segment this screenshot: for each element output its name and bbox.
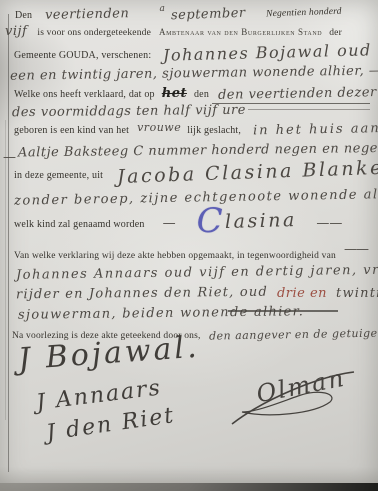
left-margin-line <box>8 14 9 472</box>
witness-intro-line: Van welke verklaring wij deze akte hebbe… <box>14 245 368 263</box>
declarant-details-line: een en twintig jaren, sjouwerman wonende… <box>10 64 378 82</box>
fill-rule-3 <box>228 310 338 312</box>
mother-line: in deze gemeente, uit Jacoba Clasina Bla… <box>14 161 378 183</box>
hw-address: Aaltje Baksteeg C nummer honderd negen e… <box>18 141 378 161</box>
birth-certificate-scan: Den veertienden a september Negentien ho… <box>0 0 378 491</box>
printed-in-deze-gemeente: in deze gemeente, uit <box>14 170 103 181</box>
hw-declarant-age-occupation: een en twintig jaren, sjouwerman wonende… <box>10 63 378 83</box>
printed-ambtenaar-smallcaps: Ambtenaar van den Burgerlijken Stand <box>159 27 322 37</box>
hw-witness1: Johannes Annaars oud vijf en dertig jare… <box>16 262 378 283</box>
hw-month: september <box>171 6 246 24</box>
hw-struck-het: het <box>162 86 187 101</box>
address-line: Aaltje Baksteeg C nummer honderd negen e… <box>18 141 378 159</box>
hw-child-name: lasina <box>224 209 296 233</box>
hw-closing: den aangever en de getuigen. <box>208 326 378 342</box>
hw-witness2-part1: rijder en Johannes den Riet, oud <box>16 285 268 303</box>
printed-ondergeteekende: is voor ons ondergeteekende <box>37 28 151 38</box>
witness2-line: rijder en Johannes den Riet, oud drie en… <box>16 284 378 302</box>
printed-van-welke: Van welke verklaring wij deze akte hebbe… <box>14 251 336 261</box>
hw-mother-details: zonder beroep, zijne echtgenoote wonende… <box>14 186 378 208</box>
printed-geboren: geboren is een kind van het <box>14 125 129 136</box>
hw-day: veertienden <box>45 6 130 22</box>
fill-rule-2 <box>248 109 370 110</box>
fill-rule-1 <box>212 103 370 104</box>
witnesses-residence-line: sjouwerman, beiden wonende alhier. <box>18 304 304 322</box>
registrar-signature-flourish <box>228 368 358 428</box>
appeared-line: Gemeente GOUDA, verschenen: Johannes Boj… <box>14 43 372 63</box>
hw-year: vijf <box>5 24 27 39</box>
printed-gemeente-gouda: Gemeente GOUDA, verschenen: <box>14 50 151 61</box>
hw-vrouwe: vrouwe <box>137 121 181 134</box>
officer-line: vijf is voor ons ondergeteekende Ambtena… <box>5 22 342 40</box>
hw-declarant-name: Johannes Bojawal oud <box>163 40 372 64</box>
printed-year-line: Negentien honderd <box>266 1 342 22</box>
hw-in-het-huis: in het huis aan de <box>253 121 378 139</box>
bottom-page-edge <box>0 483 378 491</box>
hw-age-red-correction: drie en <box>277 286 327 301</box>
hw-dash-after-name: —— <box>316 216 342 231</box>
witness1-line: Johannes Annaars oud vijf en dertig jare… <box>16 263 378 281</box>
hw-birth-date: den veertienden dezer maand <box>218 84 378 103</box>
child-name-line: welk kind zal genaamd worden — C lasina … <box>14 210 342 232</box>
hw-birth-time: des voormiddags ten half vijf ure <box>12 103 246 120</box>
printed-year: Negentien honderd <box>266 7 342 20</box>
child-sex-line: geboren is een kind van het vrouwe lijk … <box>14 120 378 138</box>
printed-lijk-geslacht: lijk geslacht, <box>187 125 241 136</box>
date-line: Den veertienden a september <box>15 5 246 23</box>
printed-den: Den <box>15 10 32 21</box>
printed-der: der <box>329 28 342 38</box>
hw-insertion-mark: a <box>160 4 166 14</box>
hw-witnesses-residence: sjouwerman, beiden wonende alhier. <box>18 304 304 322</box>
blue-initial-C: C <box>197 201 223 241</box>
declaration-line: Welke ons heeft verklaard, dat op het de… <box>14 84 378 102</box>
printed-welke-ons: Welke ons heeft verklaard, dat op <box>14 89 155 100</box>
hw-witness2-part2: twintig jaren, <box>336 286 378 301</box>
hw-dash-before-name: — <box>163 216 175 231</box>
hw-dash-witness: —— <box>344 242 368 257</box>
mother-details-line: zonder beroep, zijne echtgenoote wonende… <box>14 188 378 206</box>
printed-welk-kind: welk kind zal genaamd worden <box>14 219 145 230</box>
birth-time-line: des voormiddags ten half vijf ure <box>12 102 246 120</box>
hw-mother-name: Jacoba Clasina Blanken, <box>117 156 378 188</box>
printed-den2: den <box>194 89 209 100</box>
